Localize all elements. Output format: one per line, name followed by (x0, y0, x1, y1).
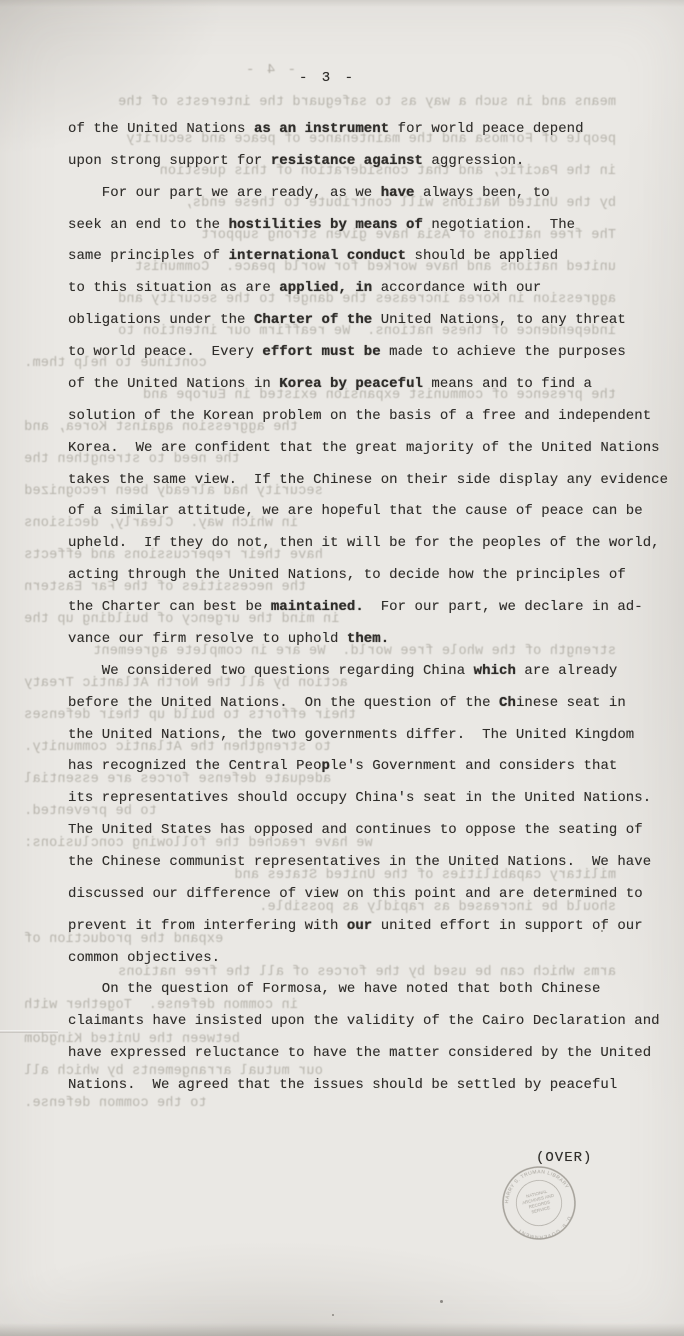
bleedthrough-line: means and in such a way as to safeguard … (24, 96, 616, 111)
body-line: have expressed reluctance to have the ma… (68, 1045, 651, 1062)
body-line: upon strong support for resistance again… (68, 153, 524, 170)
bleedthrough-line: in common defense. Together with (24, 999, 616, 1014)
body-line: same principles of international conduct… (68, 248, 558, 265)
bleedthrough-line: to be prevented. (24, 805, 616, 820)
body-line: Nations. We agreed that the issues shoul… (68, 1077, 617, 1094)
body-line: its representatives should occupy China'… (68, 790, 651, 807)
bleedthrough-line: military capabilities of the United Stat… (24, 869, 616, 884)
stamp-arc-bottom-text: U. S. GOVERNMENT (516, 1214, 576, 1245)
bleedthrough-line: should be increased as rapidly as possib… (24, 901, 616, 916)
page-number: - 3 - (299, 70, 356, 86)
body-line: The United States has opposed and contin… (68, 822, 643, 839)
body-line: to this situation as are applied, in acc… (68, 280, 541, 297)
fold-crease (0, 1030, 58, 1033)
body-line: before the United Nations. On the questi… (68, 695, 626, 712)
body-line: vance our firm resolve to uphold them. (68, 631, 389, 648)
body-line: seek an end to the hostilities by means … (68, 217, 575, 234)
body-line: to world peace. Every effort must be mad… (68, 344, 626, 361)
body-line: of the United Nations as an instrument f… (68, 121, 584, 138)
document-page: - 4 - means and in such a way as to safe… (0, 0, 684, 1336)
body-line: We considered two questions regarding Ch… (68, 663, 617, 680)
bleedthrough-line: adequate defense forces are essential (24, 773, 616, 788)
body-line: the United Nations, the two governments … (68, 727, 634, 744)
body-line: claimants have insisted upon the validit… (68, 1013, 660, 1030)
body-line: common objectives. (68, 950, 220, 967)
body-line: solution of the Korean problem on the ba… (68, 408, 651, 425)
body-line: acting through the United Nations, to de… (68, 567, 626, 584)
body-line: of a similar attitude, we are hopeful th… (68, 503, 643, 520)
bleedthrough-line: arms which can be used by the forces of … (24, 966, 616, 981)
ink-speck (601, 930, 603, 932)
archive-stamp: HARRY S. TRUMAN LIBRARY U. S. GOVERNMENT… (492, 1156, 587, 1251)
bleedthrough-line: we have reached the following conclusion… (24, 837, 616, 852)
body-line: upheld. If they do not, then it will be … (68, 535, 660, 552)
bleedthrough-line: expand the production of (24, 933, 616, 948)
body-line: prevent it from interfering with our uni… (68, 918, 643, 935)
body-line: the Charter can best be maintained. For … (68, 599, 643, 616)
body-line: discussed our difference of view on this… (68, 886, 643, 903)
body-line: takes the same view. If the Chinese on t… (68, 472, 668, 489)
ink-speck (332, 1314, 334, 1316)
body-line: has recognized the Central People's Gove… (68, 758, 617, 775)
body-line: obligations under the Charter of the Uni… (68, 312, 626, 329)
body-line: of the United Nations in Korea by peacef… (68, 376, 592, 393)
bleedthrough-line: to the common defense. (24, 1097, 616, 1112)
bleedthrough-page-number: - 4 - (244, 62, 296, 78)
body-line: Korea. We are confident that the great m… (68, 440, 660, 457)
ink-speck (440, 1300, 443, 1303)
body-line: the Chinese communist representatives in… (68, 854, 651, 871)
body-line: For our part we are ready, as we have al… (68, 185, 550, 202)
body-line: On the question of Formosa, we have note… (68, 981, 600, 998)
